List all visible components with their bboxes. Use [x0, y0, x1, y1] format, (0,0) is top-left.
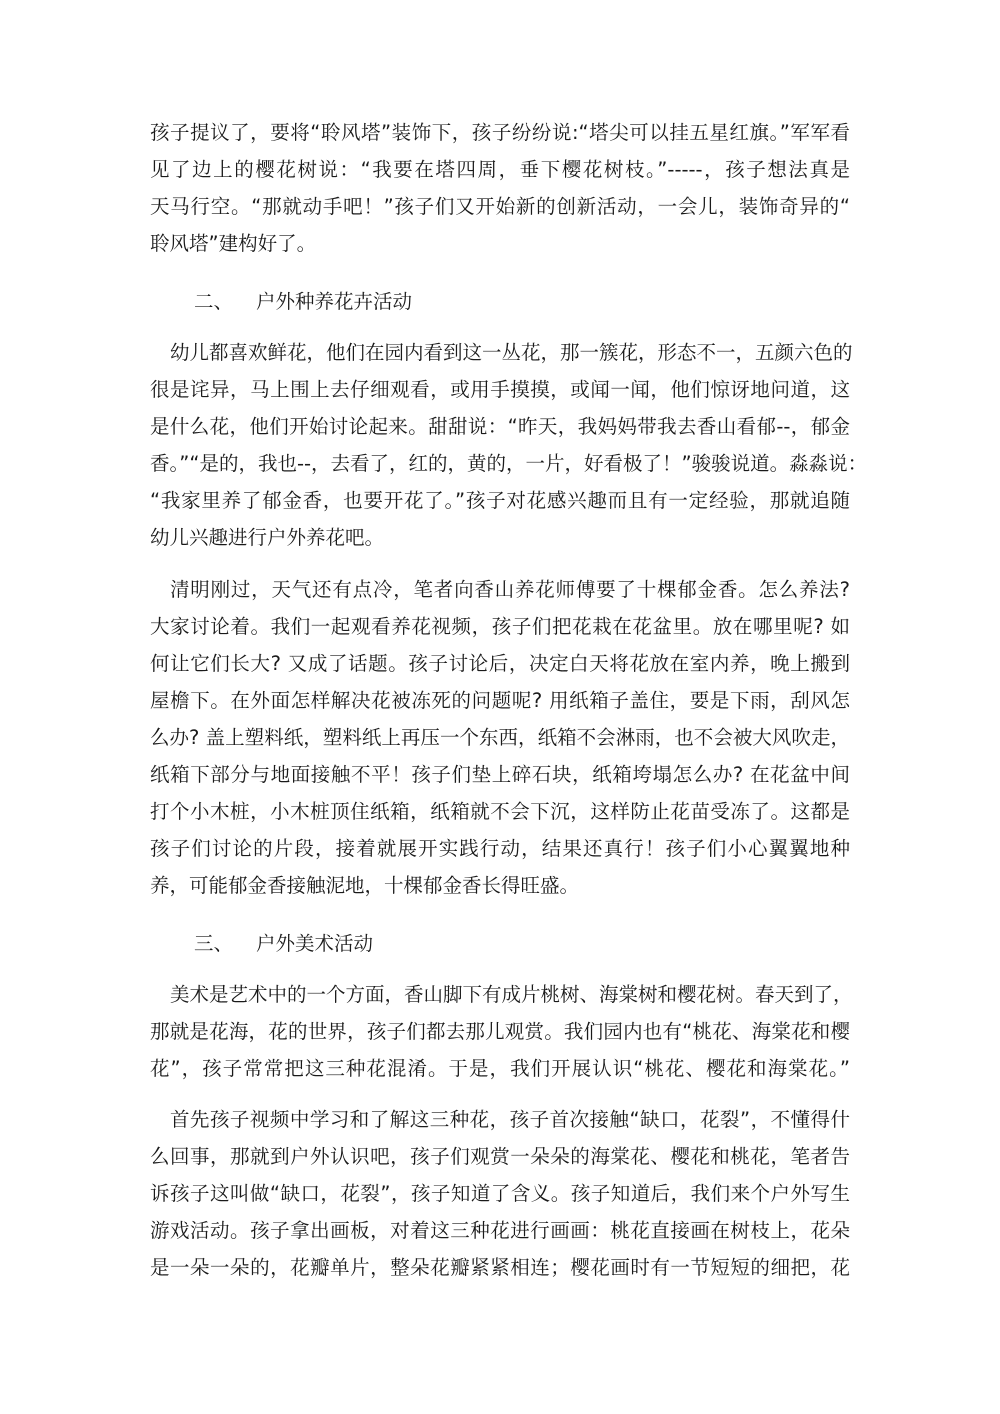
text-line: 美术是艺术中的一个方面，香山脚下有成片桃树、海棠树和樱花树。春天到了， [170, 980, 850, 1010]
section-number: 三、 [194, 929, 233, 959]
text-line: 是什么花，他们开始讨论起来。甜甜说：“昨天，我妈妈带我去香山看郁--，郁金 [150, 412, 850, 442]
text-line: 香。”“是的，我也--，去看了，红的，黄的，一片，好看极了！”骏骏说道。淼淼说： [150, 449, 850, 479]
text-line: 天马行空。“那就动手吧！”孩子们又开始新的创新活动，一会儿，装饰奇异的“ [150, 192, 850, 222]
section-heading: 三、 户外美术活动 [150, 929, 850, 959]
text-line: 首先孩子视频中学习和了解这三种花，孩子首次接触“缺口，花裂”，不懂得什 [170, 1105, 850, 1135]
text-line: 那就是花海，花的世界，孩子们都去那儿观赏。我们园内也有“桃花、海棠花和樱 [150, 1017, 850, 1047]
text-line: “我家里养了郁金香，也要开花了。”孩子对花感兴趣而且有一定经验，那就追随 [150, 486, 850, 516]
text-line: 大家讨论着。我们一起观看养花视频，孩子们把花栽在花盆里。放在哪里呢? 如 [150, 612, 850, 642]
section-heading: 二、 户外种养花卉活动 [150, 287, 850, 317]
text-line: 是一朵一朵的，花瓣单片，整朵花瓣紧紧相连；樱花画时有一节短短的细把，花 [150, 1253, 850, 1283]
text-line: 孩子提议了，要将“聆风塔”装饰下，孩子纷纷说:“塔尖可以挂五星红旗。”军军看 [150, 118, 850, 148]
text-line: 幼儿兴趣进行户外养花吧。 [150, 523, 384, 553]
text-line: 养，可能郁金香接触泥地，十棵郁金香长得旺盛。 [150, 871, 579, 901]
text-line: 屋檐下。在外面怎样解决花被冻死的问题呢? 用纸箱子盖住，要是下雨，刮风怎 [150, 686, 850, 716]
text-line: 诉孩子这叫做“缺口，花裂”，孩子知道了含义。孩子知道后，我们来个户外写生 [150, 1179, 850, 1209]
text-line: 聆风塔”建构好了。 [150, 229, 316, 259]
text-line: 纸箱下部分与地面接触不平！孩子们垫上碎石块，纸箱垮塌怎么办? 在花盆中间 [150, 760, 850, 790]
text-line: 孩子们讨论的片段，接着就展开实践行动，结果还真行！孩子们小心翼翼地种 [150, 834, 850, 864]
text-line: 幼儿都喜欢鲜花，他们在园内看到这一丛花，那一簇花，形态不一，五颜六色的 [170, 338, 850, 368]
section-title: 户外美术活动 [256, 929, 373, 959]
text-line: 清明刚过，天气还有点冷，笔者向香山养花师傅要了十棵郁金香。怎么养法? [170, 575, 850, 605]
text-line: 花”，孩子常常把这三种花混淆。于是，我们开展认识“桃花、樱花和海棠花。” [150, 1054, 850, 1084]
text-line: 么回事，那就到户外认识吧，孩子们观赏一朵朵的海棠花、樱花和桃花，笔者告 [150, 1142, 850, 1172]
text-line: 很是诧异，马上围上去仔细观看，或用手摸摸，或闻一闻，他们惊讶地问道，这 [150, 375, 850, 405]
section-number: 二、 [194, 287, 233, 317]
text-line: 何让它们长大? 又成了话题。孩子讨论后，决定白天将花放在室内养，晚上搬到 [150, 649, 850, 679]
text-line: 打个小木桩，小木桩顶住纸箱，纸箱就不会下沉，这样防止花苗受冻了。这都是 [150, 797, 850, 827]
text-line: 游戏活动。孩子拿出画板，对着这三种花进行画画：桃花直接画在树枝上，花朵 [150, 1216, 850, 1246]
text-line: 么办? 盖上塑料纸，塑料纸上再压一个东西，纸箱不会淋雨，也不会被大风吹走， [150, 723, 850, 753]
section-title: 户外种养花卉活动 [256, 287, 412, 317]
text-line: 见了边上的樱花树说：“我要在塔四周，垂下樱花树枝。”-----，孩子想法真是 [150, 155, 850, 185]
